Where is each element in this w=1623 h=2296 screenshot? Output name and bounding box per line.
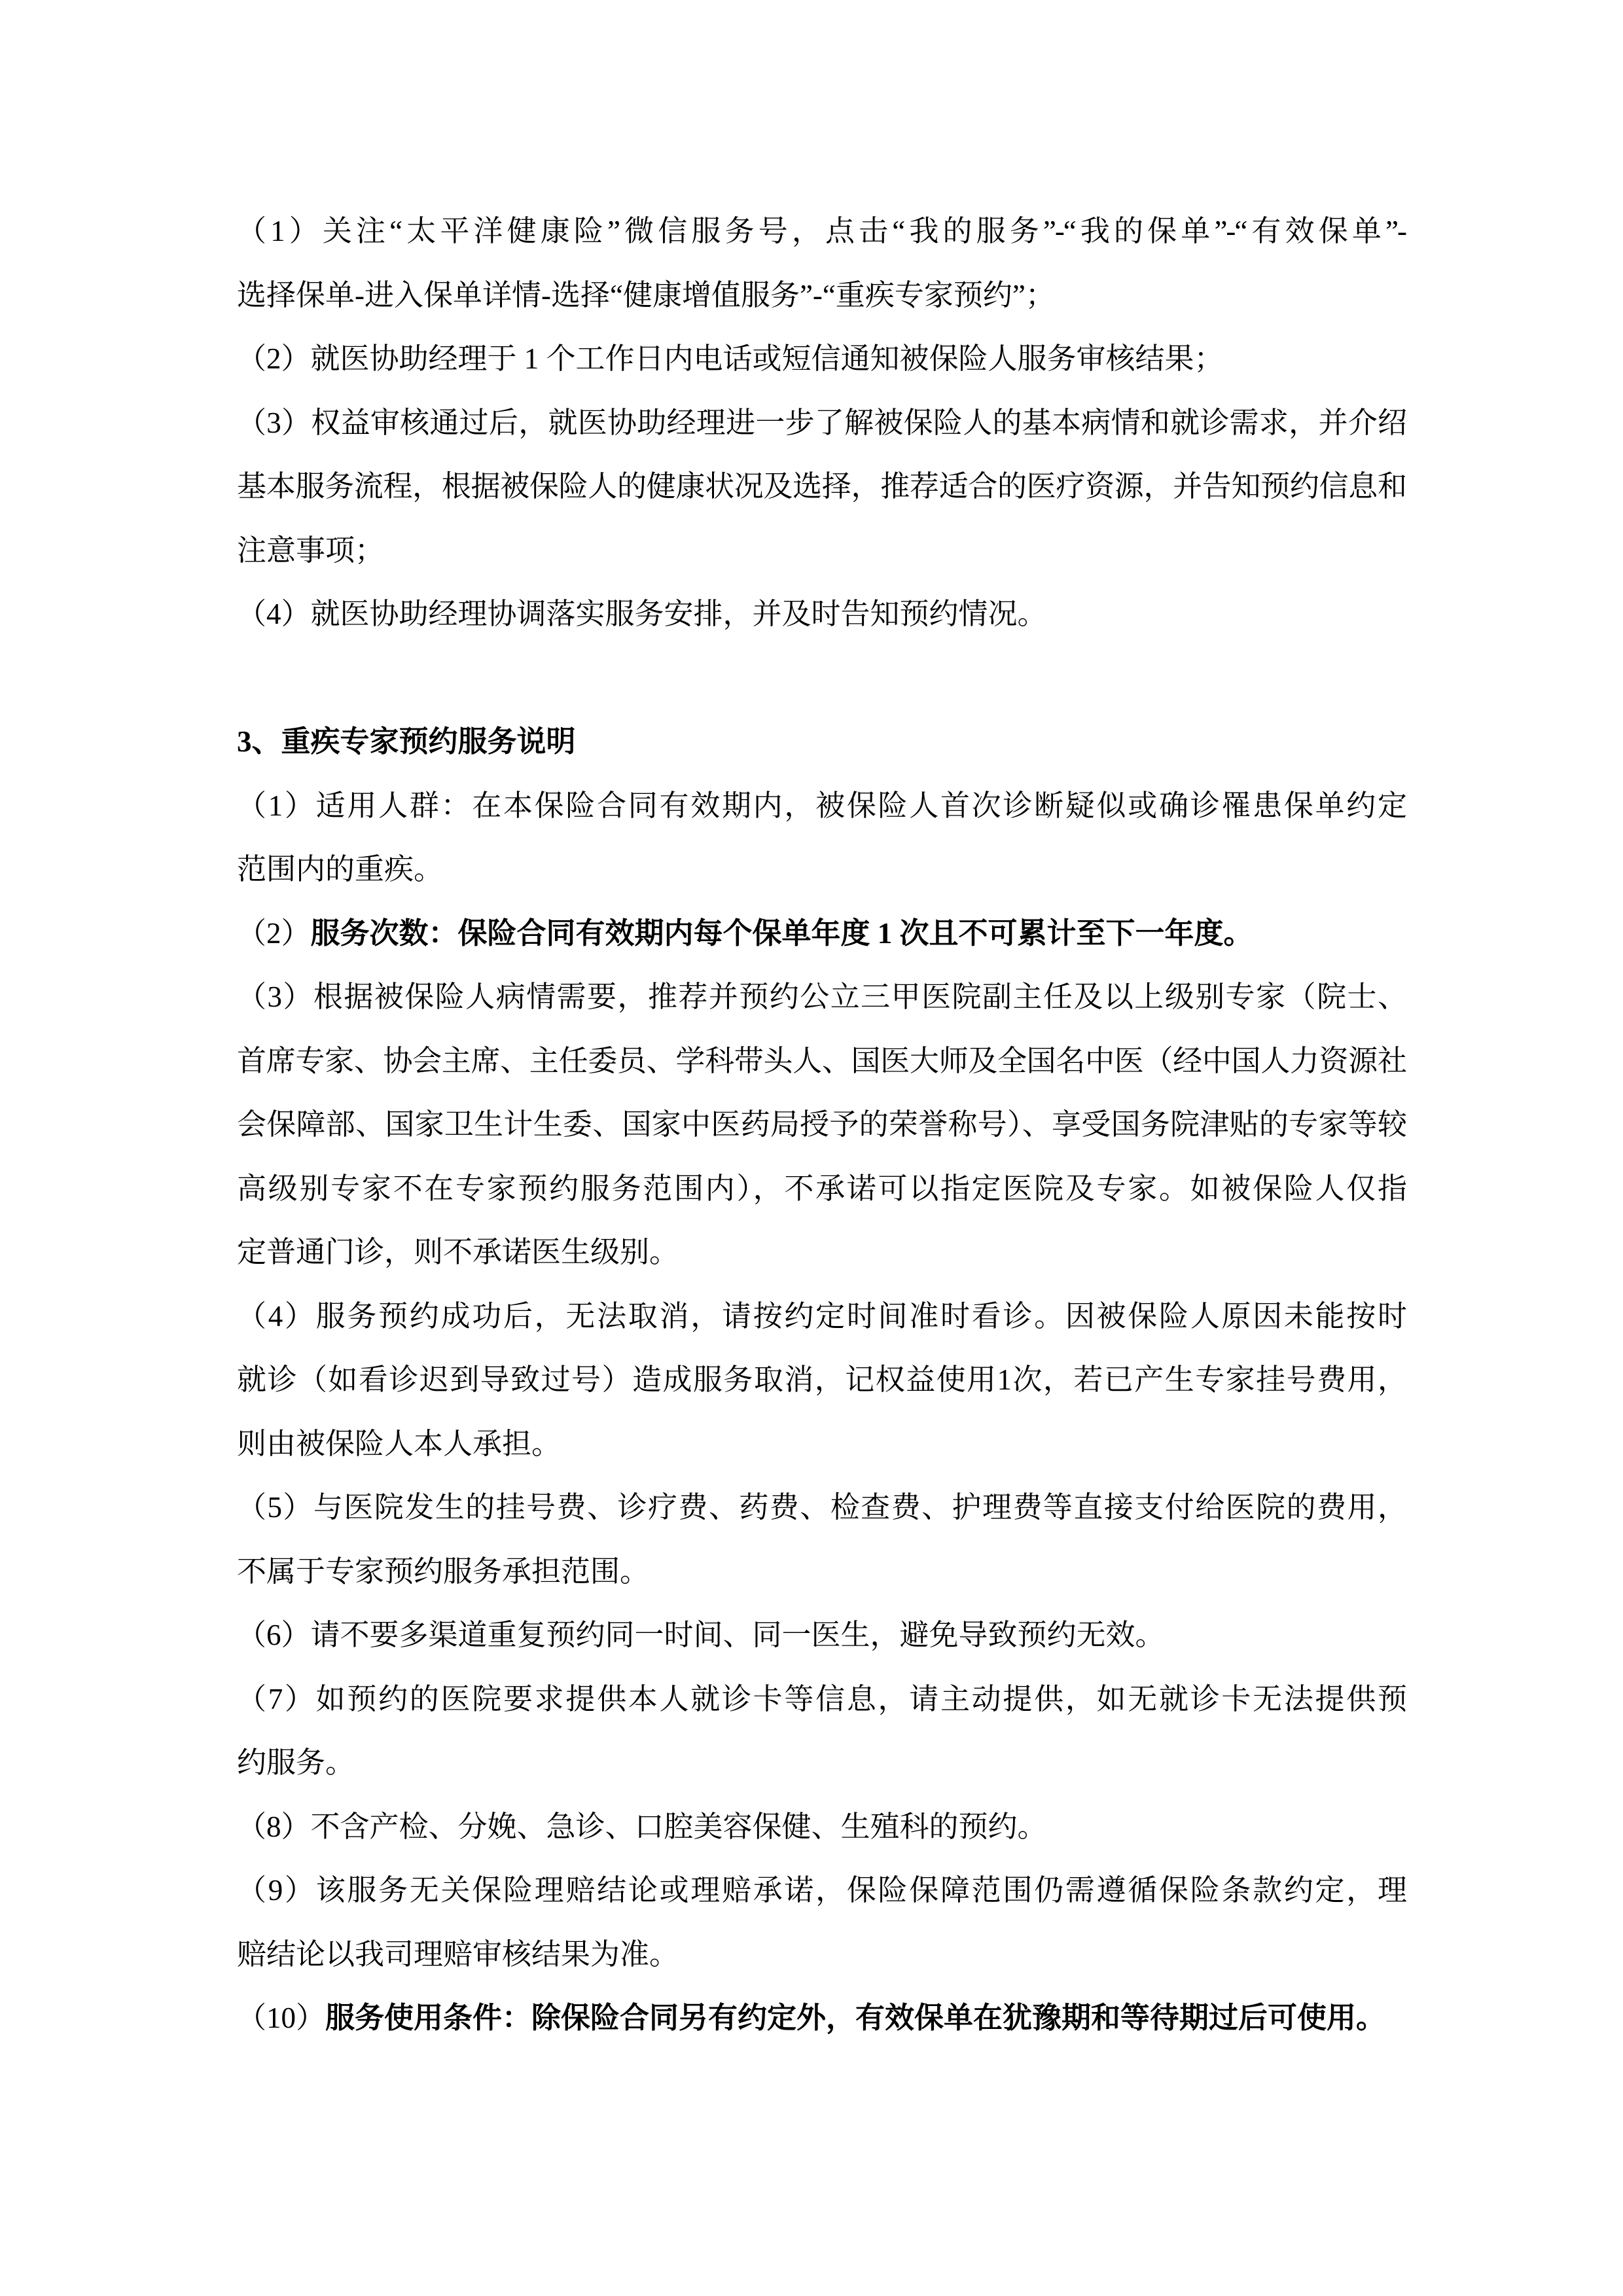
para-line: 会保障部、国家卫生计生委、国家中医药局授予的荣誉称号）、享受国务院津贴的专家等较	[237, 1093, 1406, 1157]
text-segment: 选择保单-进入保单详情-选择“健康增值服务”-“重疾专家预约”；	[237, 279, 1055, 312]
text-segment: 会保障部、国家卫生计生委、国家中医药局授予的荣誉称号）、享受国务院津贴的专家等较	[237, 1108, 1406, 1141]
para-line: （4）服务预约成功后，无法取消，请按约定时间准时看诊。因被保险人原因未能按时	[237, 1285, 1406, 1349]
text-segment: （7）如预约的医院要求提供本人就诊卡等信息，请主动提供，如无就诊卡无法提供预	[237, 1683, 1406, 1715]
para-line: （1）适用人群：在本保险合同有效期内，被保险人首次诊断疑似或确诊罹患保单约定	[237, 774, 1406, 838]
para-line: 就诊（如看诊迟到导致过号）造成服务取消，记权益使用1次，若已产生专家挂号费用，	[237, 1348, 1406, 1412]
text-segment: 基本服务流程，根据被保险人的健康状况及选择，推荐适合的医疗资源，并告知预约信息和	[237, 470, 1406, 503]
blank-line	[237, 647, 1406, 711]
para-line: （3）根据被保险人病情需要，推荐并预约公立三甲医院副主任及以上级别专家（院士、	[237, 965, 1406, 1030]
text-segment: 就诊（如看诊迟到导致过号）造成服务取消，记权益使用1次，若已产生专家挂号费用，	[237, 1363, 1406, 1396]
document-body: （1）关注“太平洋健康险”微信服务号，点击“我的服务”-“我的保单”-“有效保单…	[237, 200, 1406, 2051]
text-segment: （2）就医协助经理于 1 个工作日内电话或短信通知被保险人服务审核结果；	[237, 342, 1224, 375]
text-segment: 赔结论以我司理赔审核结果为准。	[237, 1938, 679, 1971]
text-segment: 则由被保险人本人承担。	[237, 1427, 561, 1460]
para-line: （3）权益审核通过后，就医协助经理进一步了解被保险人的基本病情和就诊需求，并介绍	[237, 391, 1406, 456]
text-segment: 不属于专家预约服务承担范围。	[237, 1555, 649, 1588]
para-line: （10）服务使用条件：除保险合同另有约定外，有效保单在犹豫期和等待期过后可使用。	[237, 1986, 1406, 2051]
para-line: 选择保单-进入保单详情-选择“健康增值服务”-“重疾专家预约”；	[237, 264, 1406, 328]
text-segment: （1）适用人群：在本保险合同有效期内，被保险人首次诊断疑似或确诊罹患保单约定	[237, 789, 1406, 822]
text-segment: （4）就医协助经理协调落实服务安排，并及时告知预约情况。	[237, 598, 1047, 630]
text-segment: （5）与医院发生的挂号费、诊疗费、药费、检查费、护理费等直接支付给医院的费用，	[237, 1491, 1406, 1524]
para-line: （9）该服务无关保险理赔结论或理赔承诺，保险保障范围仍需遵循保险条款约定，理	[237, 1859, 1406, 1923]
text-segment: 高级别专家不在专家预约服务范围内），不承诺可以指定医院及专家。如被保险人仅指	[237, 1172, 1406, 1205]
para-line: 注意事项；	[237, 519, 1406, 583]
text-segment: （9）该服务无关保险理赔结论或理赔承诺，保险保障范围仍需遵循保险条款约定，理	[237, 1874, 1406, 1907]
bold-text-segment: 3、重疾专家预约服务说明	[237, 725, 576, 758]
para-line: 不属于专家预约服务承担范围。	[237, 1540, 1406, 1604]
para-line: （2）服务次数：保险合同有效期内每个保单年度 1 次且不可累计至下一年度。	[237, 902, 1406, 966]
text-segment: （2）	[237, 917, 311, 950]
para-line: 则由被保险人本人承担。	[237, 1412, 1406, 1477]
para-line: 定普通门诊，则不承诺医生级别。	[237, 1221, 1406, 1285]
para-line: 基本服务流程，根据被保险人的健康状况及选择，推荐适合的医疗资源，并告知预约信息和	[237, 455, 1406, 519]
para-line: 约服务。	[237, 1731, 1406, 1795]
para-line: 首席专家、协会主席、主任委员、学科带头人、国医大师及全国名中医（经中国人力资源社	[237, 1030, 1406, 1094]
bold-text-segment: 服务使用条件：除保险合同另有约定外，有效保单在犹豫期和等待期过后可使用。	[325, 2001, 1385, 2034]
para-line: （5）与医院发生的挂号费、诊疗费、药费、检查费、护理费等直接支付给医院的费用，	[237, 1476, 1406, 1540]
text-segment: （3）权益审核通过后，就医协助经理进一步了解被保险人的基本病情和就诊需求，并介绍	[237, 406, 1406, 439]
para-line: 范围内的重疾。	[237, 838, 1406, 902]
para-line: 赔结论以我司理赔审核结果为准。	[237, 1923, 1406, 1987]
text-segment: （10）	[237, 2001, 325, 2034]
para-line: （8）不含产检、分娩、急诊、口腔美容保健、生殖科的预约。	[237, 1795, 1406, 1859]
document-page: （1）关注“太平洋健康险”微信服务号，点击“我的服务”-“我的保单”-“有效保单…	[0, 0, 1623, 2296]
text-segment: （1）关注“太平洋健康险”微信服务号，点击“我的服务”-“我的保单”-“有效保单…	[237, 215, 1406, 247]
text-segment: 约服务。	[237, 1746, 355, 1779]
text-segment: 范围内的重疾。	[237, 853, 443, 886]
para-line: （4）就医协助经理协调落实服务安排，并及时告知预约情况。	[237, 583, 1406, 647]
text-segment: 注意事项；	[237, 534, 384, 567]
text-segment: （3）根据被保险人病情需要，推荐并预约公立三甲医院副主任及以上级别专家（院士、	[237, 980, 1406, 1013]
para-line: （2）就医协助经理于 1 个工作日内电话或短信通知被保险人服务审核结果；	[237, 327, 1406, 391]
text-segment: （6）请不要多渠道重复预约同一时间、同一医生，避免导致预约无效。	[237, 1619, 1165, 1651]
para-line: （6）请不要多渠道重复预约同一时间、同一医生，避免导致预约无效。	[237, 1604, 1406, 1668]
text-segment: 定普通门诊，则不承诺医生级别。	[237, 1236, 679, 1268]
section-heading: 3、重疾专家预约服务说明	[237, 710, 1406, 774]
text-segment: 首席专家、协会主席、主任委员、学科带头人、国医大师及全国名中医（经中国人力资源社	[237, 1045, 1406, 1077]
text-segment: （4）服务预约成功后，无法取消，请按约定时间准时看诊。因被保险人原因未能按时	[237, 1300, 1406, 1333]
para-line: （1）关注“太平洋健康险”微信服务号，点击“我的服务”-“我的保单”-“有效保单…	[237, 200, 1406, 264]
para-line: （7）如预约的医院要求提供本人就诊卡等信息，请主动提供，如无就诊卡无法提供预	[237, 1668, 1406, 1732]
bold-text-segment: 服务次数：保险合同有效期内每个保单年度 1 次且不可累计至下一年度。	[311, 917, 1253, 950]
text-segment: （8）不含产检、分娩、急诊、口腔美容保健、生殖科的预约。	[237, 1810, 1047, 1843]
para-line: 高级别专家不在专家预约服务范围内），不承诺可以指定医院及专家。如被保险人仅指	[237, 1157, 1406, 1221]
